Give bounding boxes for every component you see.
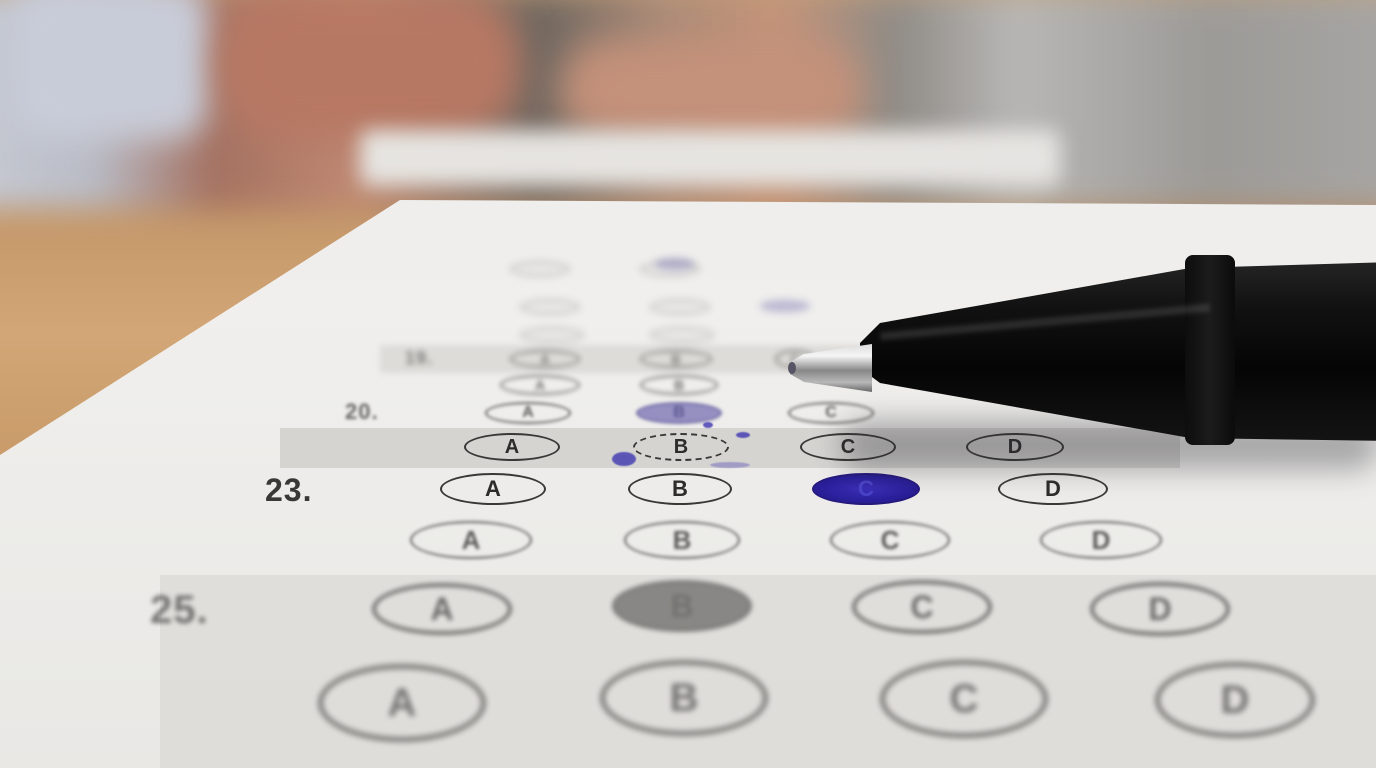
ink-smudge (710, 462, 750, 468)
question-number: 25. (150, 588, 209, 633)
blurred-paper (360, 130, 1060, 186)
bubble-c[interactable]: C (880, 660, 1048, 738)
question-number: 19. (405, 348, 433, 369)
bubble-d[interactable]: D (998, 473, 1108, 505)
blurred-hand-right (560, 40, 860, 140)
bubble-d[interactable]: D (1040, 521, 1162, 559)
bubble-a[interactable]: A (318, 664, 486, 742)
bubble-far (520, 328, 584, 342)
bubble-a[interactable]: A (410, 521, 532, 559)
pen-ball-icon (788, 362, 796, 374)
bubble-a[interactable]: A (440, 473, 546, 505)
bubble-c[interactable]: C (830, 521, 950, 559)
blurred-sleeve (10, 0, 210, 140)
bubble-b[interactable]: B (600, 660, 768, 736)
bubble-b[interactable]: B (628, 473, 732, 505)
bubble-b-filled[interactable]: B (612, 580, 752, 632)
bubble-a[interactable]: A (485, 402, 571, 424)
bubble-far (520, 300, 580, 314)
ink-smudge (612, 452, 636, 466)
bubble-a[interactable]: A (510, 350, 580, 368)
bubble-a[interactable]: A (500, 375, 580, 395)
question-number: 20. (345, 399, 379, 425)
bubble-b[interactable]: B (640, 350, 712, 368)
ink-smudge (703, 422, 713, 428)
bubble-a[interactable]: A (464, 433, 560, 461)
bubble-d[interactable]: D (1155, 662, 1315, 738)
question-number: 23. (265, 472, 312, 509)
bubble-far (510, 262, 570, 276)
bubble-b[interactable]: B (624, 521, 740, 559)
ink-smudge (736, 432, 750, 438)
bubble-c[interactable]: C (852, 580, 992, 634)
bubble-a[interactable]: A (372, 583, 512, 635)
bubble-d[interactable]: D (1090, 582, 1230, 636)
bubble-far (650, 300, 710, 314)
blurred-hand-left (220, 0, 520, 140)
bubble-b-erased[interactable]: B (633, 433, 729, 461)
photo-scene: 19. A B C A B 20. A B C A B C D 23. A B … (0, 0, 1376, 768)
bubble-far-filled (760, 300, 810, 312)
pen-grip (1185, 255, 1235, 445)
bubble-c-filled[interactable]: C (812, 473, 920, 505)
bubble-far (650, 328, 714, 342)
bubble-b[interactable]: B (640, 375, 718, 395)
bubble-b-filled[interactable]: B (636, 402, 722, 424)
bubble-far-filled (655, 258, 695, 270)
